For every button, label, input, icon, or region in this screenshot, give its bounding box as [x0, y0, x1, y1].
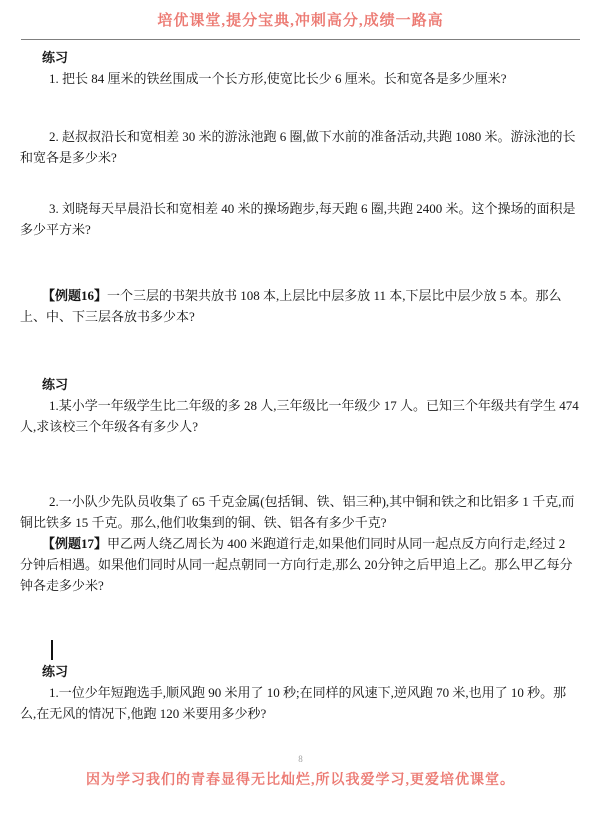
example16-paragraph[interactable]: 【例题16】一个三层的书架共放书 108 本,上层比中层多放 11 本,下层比中… — [20, 285, 581, 327]
practice1-item-1[interactable]: 1. 把长 84 厘米的铁丝围成一个长方形,使宽比长少 6 厘米。长和宽各是多少… — [20, 68, 581, 89]
header-divider — [21, 39, 580, 40]
example17-paragraph[interactable]: 【例题17】甲乙两人绕乙周长为 400 米跑道行走,如果他们同时从同一起点反方向… — [20, 533, 581, 596]
practice3-heading[interactable]: 练习 — [42, 661, 581, 682]
practice1-item-2[interactable]: 2. 赵叔叔沿长和宽相差 30 米的游泳池跑 6 圈,做下水前的准备活动,共跑 … — [20, 126, 581, 168]
practice1-heading[interactable]: 练习 — [42, 47, 581, 68]
practice3-item-1[interactable]: 1.一位少年短跑选手,顺风跑 90 米用了 10 秒;在同样的风速下,逆风跑 7… — [20, 682, 581, 724]
practice2-heading[interactable]: 练习 — [42, 374, 581, 395]
practice1-item-3[interactable]: 3. 刘晓每天早晨沿长和宽相差 40 米的操场跑步,每天跑 6 圈,共跑 240… — [20, 198, 581, 240]
page-number: 8 — [0, 754, 601, 765]
page-footer-slogan: 因为学习我们的青春显得无比灿烂,所以我爱学习,更爱培优课堂。 — [0, 769, 601, 789]
example16-label: 【例题16】 — [42, 288, 107, 303]
practice2-item-1[interactable]: 1.某小学一年级学生比二年级的多 28 人,三年级比一年级少 17 人。已知三个… — [20, 395, 581, 437]
document-page[interactable]: 培优课堂,提分宝典,冲刺高分,成绩一路高 练习 1. 把长 84 厘米的铁丝围成… — [0, 0, 601, 815]
document-body[interactable]: 练习 1. 把长 84 厘米的铁丝围成一个长方形,使宽比长少 6 厘米。长和宽各… — [0, 47, 601, 724]
page-header-slogan: 培优课堂,提分宝典,冲刺高分,成绩一路高 — [0, 0, 601, 30]
example17-label: 【例题17】 — [42, 536, 107, 551]
text-cursor — [51, 640, 53, 660]
practice2-item-2[interactable]: 2.一小队少先队员收集了 65 千克金属(包括铜、铁、铝三种),其中铜和铁之和比… — [20, 491, 581, 533]
